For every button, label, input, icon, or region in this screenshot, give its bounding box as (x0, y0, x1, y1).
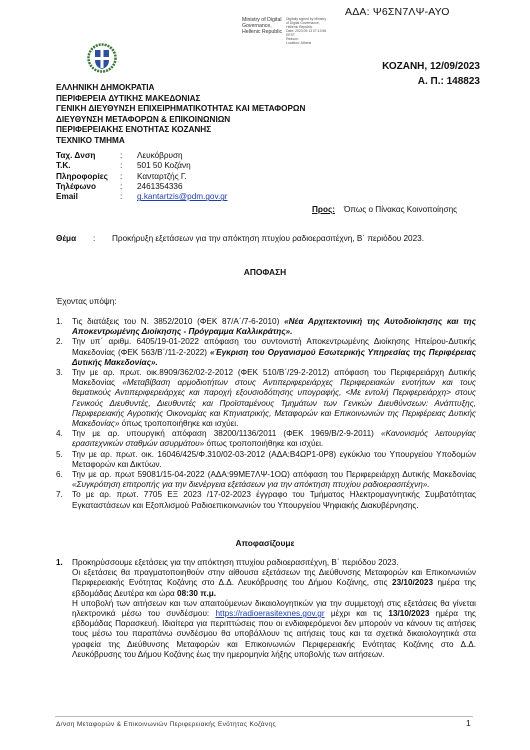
digital-signature-block: Ministry of Digital Governance, Hellenic… (242, 17, 326, 45)
list-item: 7. Το με αρ. πρωτ. 7705 ΕΞ 2023 /17-02-2… (56, 490, 476, 510)
protocol-number: Α. Π.: 148823 (382, 74, 480, 89)
place-date-block: ΚΟΖΑΝΗ, 12/09/2023 Α. Π.: 148823 (382, 59, 480, 89)
exam-details: Οι εξετάσεις θα πραγματοποιηθούν στην αί… (72, 568, 476, 599)
recipient: Προς: Όπως ο Πίνακας Κοινοποίησης (312, 205, 457, 214)
email-link[interactable]: g.kantartzis@pdm.gov.gr (137, 192, 228, 201)
we-decide-heading: Αποφασίζουμε (0, 538, 530, 548)
list-item: 6. Την με αρ. πρωτ 59081/15-04-2022 (ΑΔΑ… (56, 470, 476, 490)
place-date: ΚΟΖΑΝΗ, 12/09/2023 (382, 59, 480, 74)
list-item: 5. Την με αρ. πρωτ. οικ. 16046/425/Φ.310… (56, 450, 476, 470)
considering-label: Έχοντας υπόψη: (56, 297, 117, 306)
contact-email: Email : g.kantartzis@pdm.gov.gr (56, 192, 228, 202)
page-number: 1 (466, 718, 471, 728)
footer-divider (55, 716, 473, 717)
contact-phone: Τηλέφωνο : 2461354336 (56, 182, 228, 192)
agency-block: ΕΛΛΗΝΙΚΗ ΔΗΜΟΚΡΑΤΙΑ ΠΕΡΙΦΕΡΕΙΑ ΔΥΤΙΚΗΣ Μ… (56, 83, 305, 147)
decisions-list: 1. Προκηρύσσουμε εξετάσεις για την απόκτ… (56, 558, 476, 660)
application-link[interactable]: https://radioerasitexnes.gov.gr (215, 609, 324, 618)
contact-postcode: Τ.Κ. : 501 50 Κοζάνη (56, 161, 228, 171)
decision-heading: ΑΠΟΦΑΣΗ (0, 267, 530, 277)
list-item: 3. Την με αρ. πρωτ. οικ.8909/362/02-2-20… (56, 368, 476, 429)
subject-line: Θέμα : Προκήρυξη εξετάσεων για την απόκτ… (56, 234, 424, 243)
contact-address: Ταχ. Δνση : Λευκόβρυση (56, 151, 228, 161)
contact-info: Ταχ. Δνση : Λευκόβρυση Τ.Κ. : 501 50 Κοζ… (56, 151, 228, 202)
contact-info-person: Πληροφορίες : Κανταρτζής Γ. (56, 172, 228, 182)
application-details: Η υποβολή των αιτήσεων και των απαιτούμε… (72, 599, 476, 660)
considerations-list: 1. Τις διατάξεις του Ν. 3852/2010 (ΦΕΚ 8… (56, 317, 476, 511)
greek-coat-of-arms-icon (87, 43, 117, 73)
footer-text: Δ/νση Μεταφορών & Επικοινωνιών Περιφερει… (56, 721, 276, 728)
list-item: 2. Την υπ΄ αριθμ. 6405/19-01-2022 απόφασ… (56, 337, 476, 368)
signature-meta: Digitally signed by Ministry of Digital … (286, 17, 326, 45)
list-item: 1. Προκηρύσσουμε εξετάσεις για την απόκτ… (56, 558, 476, 660)
list-item: 4. Την με αρ. υπουργική απόφαση 38200/11… (56, 429, 476, 449)
ada-code: ΑΔΑ: Ψ6ΣΝ7ΛΨ-ΑΥΟ (345, 6, 450, 18)
list-item: 1. Τις διατάξεις του Ν. 3852/2010 (ΦΕΚ 8… (56, 317, 476, 337)
signature-org: Ministry of Digital Governance, Hellenic… (242, 17, 282, 45)
